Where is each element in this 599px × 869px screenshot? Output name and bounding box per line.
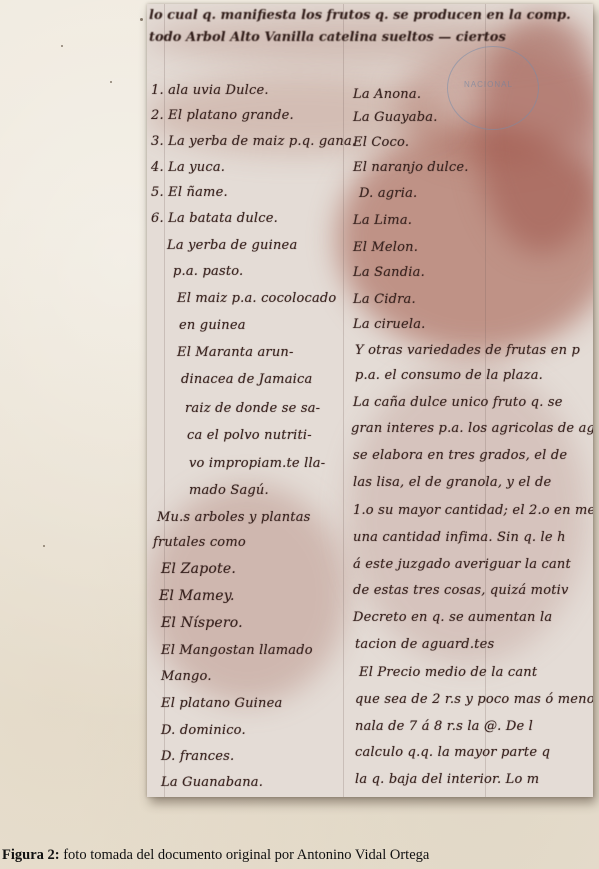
- manuscript-line: Mango.: [161, 670, 212, 683]
- manuscript-line: 5. El ñame.: [151, 186, 228, 199]
- manuscript-line: tacion de aguard.tes: [355, 638, 494, 651]
- paper-speck: [61, 45, 63, 47]
- manuscript-line: las lisa, el de granola, y el de: [353, 476, 551, 489]
- manuscript-line: El Mamey.: [159, 589, 235, 603]
- header-line: todo Arbol Alto Vanilla catelina sueltos…: [149, 30, 506, 45]
- manuscript-line: El naranjo dulce.: [353, 161, 469, 174]
- manuscript-line: ca el polvo nutriti-: [187, 429, 312, 442]
- paper-speck: [110, 81, 112, 83]
- manuscript-line: calculo q.q. la mayor parte q: [355, 746, 550, 759]
- manuscript-line: frutales como: [153, 536, 246, 549]
- manuscript-line: 3. La yerba de maiz p.q. gana.: [151, 135, 356, 148]
- figure-caption-text: foto tomada del documento original por A…: [60, 847, 430, 863]
- manuscript-line: La Guayaba.: [353, 111, 438, 124]
- manuscript-photo: NACIONAL lo cual q. manifiesta los fruto…: [147, 4, 593, 797]
- figure-caption: Figura 2: foto tomada del documento orig…: [2, 847, 429, 864]
- manuscript-line: una cantidad infima. Sin q. le h: [353, 531, 566, 544]
- manuscript-line: D. dominico.: [161, 724, 246, 737]
- manuscript-line: 1. ala uvia Dulce.: [151, 84, 269, 97]
- manuscript-line: El Maranta arun-: [177, 346, 294, 359]
- manuscript-line: la q. baja del interior. Lo m: [355, 773, 539, 786]
- manuscript-line: El Zapote.: [161, 562, 236, 576]
- manuscript-line: á este juzgado averiguar la cant: [353, 558, 571, 571]
- manuscript-line: El maiz p.a. cocolocado: [177, 292, 336, 305]
- manuscript-line: El platano Guinea: [161, 697, 282, 710]
- manuscript-line: en guinea: [179, 319, 246, 332]
- figure-label: Figura 2:: [2, 847, 60, 863]
- manuscript-line: La ciruela.: [353, 318, 425, 331]
- manuscript-line: El Precio medio de la cant: [359, 666, 537, 679]
- header-line: lo cual q. manifiesta los frutos q. se p…: [149, 8, 571, 23]
- manuscript-line: vo impropiam.te lla-: [189, 457, 325, 470]
- stamp-text: NACIONAL: [464, 80, 513, 89]
- manuscript-line: 2. El platano grande.: [151, 109, 294, 122]
- manuscript-line: El Coco.: [353, 136, 409, 149]
- manuscript-line: D. agria.: [359, 187, 417, 200]
- manuscript-line: La Cidra.: [353, 293, 416, 306]
- manuscript-line: La Guanabana.: [161, 776, 263, 789]
- manuscript-line: 1.o su mayor cantidad; el 2.o en meno: [353, 504, 593, 517]
- manuscript-line: La Lima.: [353, 214, 412, 227]
- manuscript-line: p.a. pasto.: [173, 265, 243, 278]
- manuscript-line: que sea de 2 r.s y poco mas ó meno: [355, 693, 593, 706]
- manuscript-line: Y otras variedades de frutas en p: [355, 344, 580, 357]
- manuscript-line: El Mangostan llamado: [161, 644, 313, 657]
- manuscript-line: Mu.s arboles y plantas: [157, 511, 311, 524]
- manuscript-line: mado Sagú.: [189, 484, 269, 497]
- paper-speck: [43, 545, 45, 547]
- paper-speck: [140, 18, 143, 21]
- manuscript-line: La caña dulce unico fruto q. se: [353, 396, 563, 409]
- manuscript-line: El Níspero.: [161, 616, 243, 630]
- manuscript-line: 4. La yuca.: [151, 161, 225, 174]
- manuscript-line: La Anona.: [353, 88, 421, 101]
- manuscript-line: Decreto en q. se aumentan la: [353, 611, 552, 624]
- manuscript-line: gran interes p.a. los agricolas de ag: [351, 422, 593, 435]
- archive-stamp: NACIONAL: [447, 46, 539, 130]
- manuscript-line: se elabora en tres grados, el de: [353, 449, 567, 462]
- manuscript-line: D. frances.: [161, 750, 234, 763]
- manuscript-line: de estas tres cosas, quizá motiv: [353, 584, 569, 597]
- manuscript-line: raiz de donde se sa-: [185, 402, 320, 415]
- manuscript-line: La yerba de guinea: [167, 239, 297, 252]
- manuscript-line: La Sandia.: [353, 266, 425, 279]
- manuscript-line: dinacea de Jamaica: [181, 373, 312, 386]
- manuscript-line: p.a. el consumo de la plaza.: [355, 369, 543, 382]
- page-fold-line: [343, 4, 344, 797]
- manuscript-line: El Melon.: [353, 241, 418, 254]
- manuscript-line: 6. La batata dulce.: [151, 212, 278, 225]
- manuscript-line: nala de 7 á 8 r.s la @. De l: [355, 720, 533, 733]
